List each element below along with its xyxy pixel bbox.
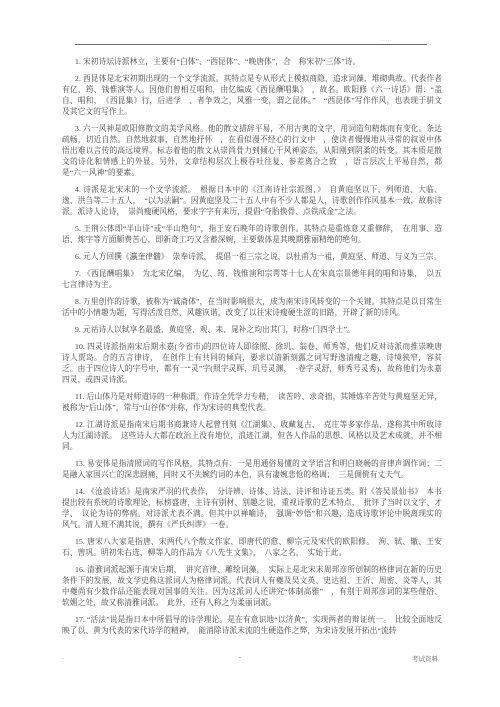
list-item-15: 15. 唐宋八大家是指唐、宋两代八个散文作家，即唐代的愈、柳宗元及宋代的欧阳修。… xyxy=(62,536,442,558)
list-item-16: 16. 清雅词派起源于南宋后期， 讲究音律、雕绘词藻， 实际上是北宋末周邦彦所创… xyxy=(62,564,442,608)
list-item-2: 2. 西昆体是北宋初期出现的一个文学流派。其特点是专从形式上模拟商隐，追求词藻，… xyxy=(62,73,442,117)
list-item-3: 3. 六一风神是欧阳修散文的美学风格。他的散文措辞平易，不用古奥的文字，用词造句… xyxy=(62,123,442,178)
header-rule: ⋯⋯ xyxy=(75,44,427,45)
list-item-7: 7. 《西昆酬唱集》 为北宋亿编， 为亿、筠、钱惟演和宗谔等十七人在宋真宗景德年… xyxy=(62,268,442,290)
list-item-5: 5. 王荆公体即“半山诗”或“半山绝句”，指王安石晚年的诗歌创作。其特点是重炼意… xyxy=(62,223,442,245)
list-item-9: 9. 元祜诗人以轼享名最盛，黄庭坚、观、耒、晁补之均出其门，时称“门四学士”。 xyxy=(62,324,442,335)
document-page: ⋯⋯ 1. 宋初诗坛诗派林立，主要有“白体”、“西昆体”、“晚唐体”，合 称宋初… xyxy=(0,0,500,707)
footer-right-label: 考试资料 xyxy=(358,654,438,663)
list-item-10: 10. 四灵诗派指南宋后期永嘉(今省市)的四位诗人即徐照、徐玑、翁卷、师秀等，他… xyxy=(62,341,442,385)
header-marker: ⋯⋯ xyxy=(380,39,392,45)
list-item-12: 12. 江湖诗派是指南宋后期书商兼诗人起曾刊刻《江湖集》、收藏复古、 克庄等多家… xyxy=(62,419,442,452)
footer-left-mark: . xyxy=(62,654,122,661)
list-item-8: 8. 万里创作的诗歌，被称为“诚斋体”，在当时影响很大，成为南宋诗风转变的一个关… xyxy=(62,296,442,318)
list-item-17: 17. “活法”说是指日本中所倡导的诗学理论。是在有意识地“以济黄”，实现两者的… xyxy=(62,614,442,636)
list-item-1: 1. 宋初诗坛诗派林立，主要有“白体”、“西昆体”、“晚唐体”，合 称宋初“三体… xyxy=(62,56,442,67)
list-item-14: 14. 《沧浪诗话》是南宋严羽的代表作， 分诗辨、诗体、诗法、诗评和诗证五类。附… xyxy=(62,486,442,530)
list-item-13: 13. 易安体是指清照词的写作风格，其特点有：一是用通俗易懂的文学语言和明白晓畅… xyxy=(62,458,442,480)
list-item-6: 6. 元人方回撰《瀛奎律髓》 崇奉诗派， 提倡一祖三宗之说，以杜甫为一祖，黄庭坚… xyxy=(62,251,442,262)
page-footer: . - 考试资料 xyxy=(62,654,438,663)
footer-center-mark: - xyxy=(210,654,270,661)
document-body: 1. 宋初诗坛诗派林立，主要有“白体”、“西昆体”、“晚唐体”，合 称宋初“三体… xyxy=(62,56,442,642)
list-item-11: 11. 后山体乃是对师道诗的一种称谓。作诗全凭学力专精， 读苦吟、求奇拙，其锤炼… xyxy=(62,391,442,413)
list-item-4: 4. 诗派是北宋末的一个文学流派。 根据日本中的《江南诗社宗派图，》 自黄庭坚以… xyxy=(62,184,442,217)
